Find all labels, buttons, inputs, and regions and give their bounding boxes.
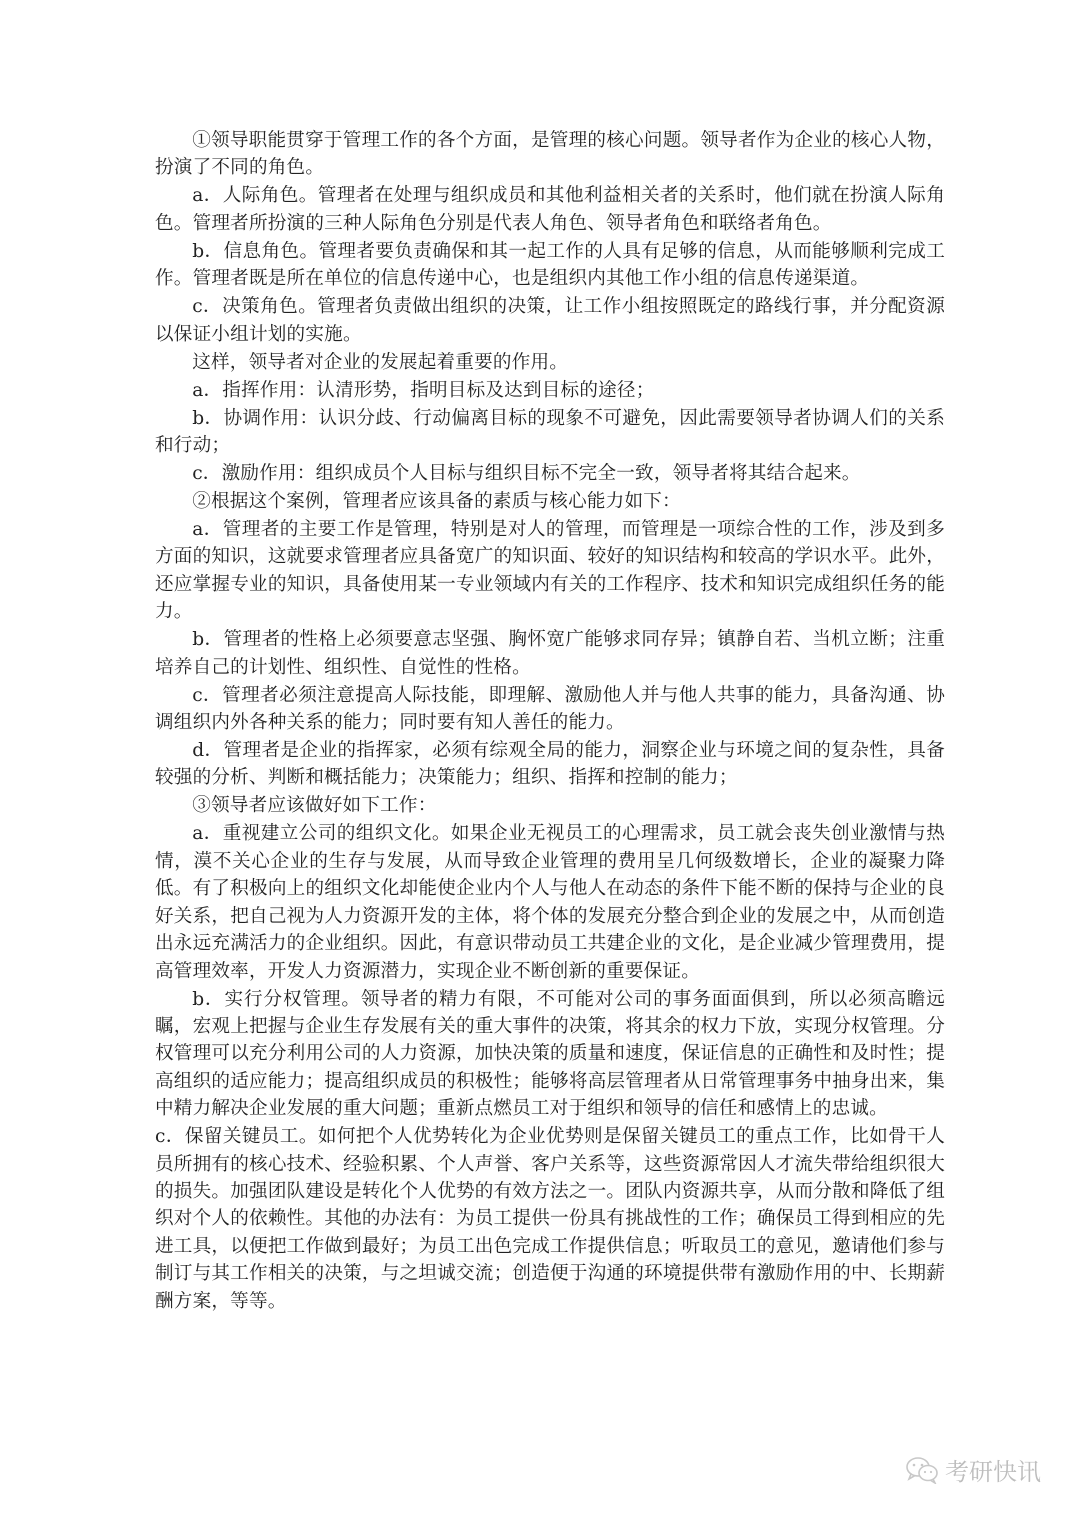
paragraph: c．决策角色。管理者负责做出组织的决策，让工作小组按照既定的路线行事，并分配资源… [155, 293, 945, 348]
watermark: 考研快讯 [905, 1452, 1041, 1487]
paragraph: b．实行分权管理。领导者的精力有限，不可能对公司的事务面面俱到，所以必须高瞻远瞩… [155, 986, 945, 1123]
paragraph: c．保留关键员工。如何把个人优势转化为企业优势则是保留关键员工的重点工作，比如骨… [155, 1123, 945, 1315]
paragraph: c．管理者必须注意提高人际技能，即理解、激励他人并与他人共事的能力，具备沟通、协… [155, 682, 945, 737]
paragraph: b．管理者的性格上必须要意志坚强、胸怀宽广能够求同存异；镇静自若、当机立断；注重… [155, 626, 945, 681]
paragraph: a．人际角色。管理者在处理与组织成员和其他利益相关者的关系时，他们就在扮演人际角… [155, 182, 945, 237]
paragraph: a．重视建立公司的组织文化。如果企业无视员工的心理需求，员工就会丧失创业激情与热… [155, 820, 945, 984]
wechat-icon [905, 1456, 939, 1484]
paragraph: b．信息角色。管理者要负责确保和其一起工作的人具有足够的信息，从而能够顺利完成工… [155, 238, 945, 293]
paragraph: a．指挥作用：认清形势，指明目标及达到目标的途径； [155, 377, 945, 404]
paragraph: c．激励作用：组织成员个人目标与组织目标不完全一致，领导者将其结合起来。 [155, 460, 945, 487]
paragraph: ③领导者应该做好如下工作： [155, 792, 945, 819]
paragraph: ①领导职能贯穿于管理工作的各个方面，是管理的核心问题。领导者作为企业的核心人物，… [155, 127, 945, 182]
document-page: ①领导职能贯穿于管理工作的各个方面，是管理的核心问题。领导者作为企业的核心人物，… [155, 127, 945, 1316]
paragraph: ②根据这个案例，管理者应该具备的素质与核心能力如下： [155, 488, 945, 515]
paragraph: b．协调作用：认识分歧、行动偏离目标的现象不可避免，因此需要领导者协调人们的关系… [155, 405, 945, 460]
paragraph: a．管理者的主要工作是管理，特别是对人的管理，而管理是一项综合性的工作，涉及到多… [155, 516, 945, 626]
paragraph: d．管理者是企业的指挥家，必须有综观全局的能力，洞察企业与环境之间的复杂性，具备… [155, 737, 945, 792]
paragraph: 这样，领导者对企业的发展起着重要的作用。 [155, 349, 945, 376]
watermark-text: 考研快讯 [945, 1452, 1041, 1487]
